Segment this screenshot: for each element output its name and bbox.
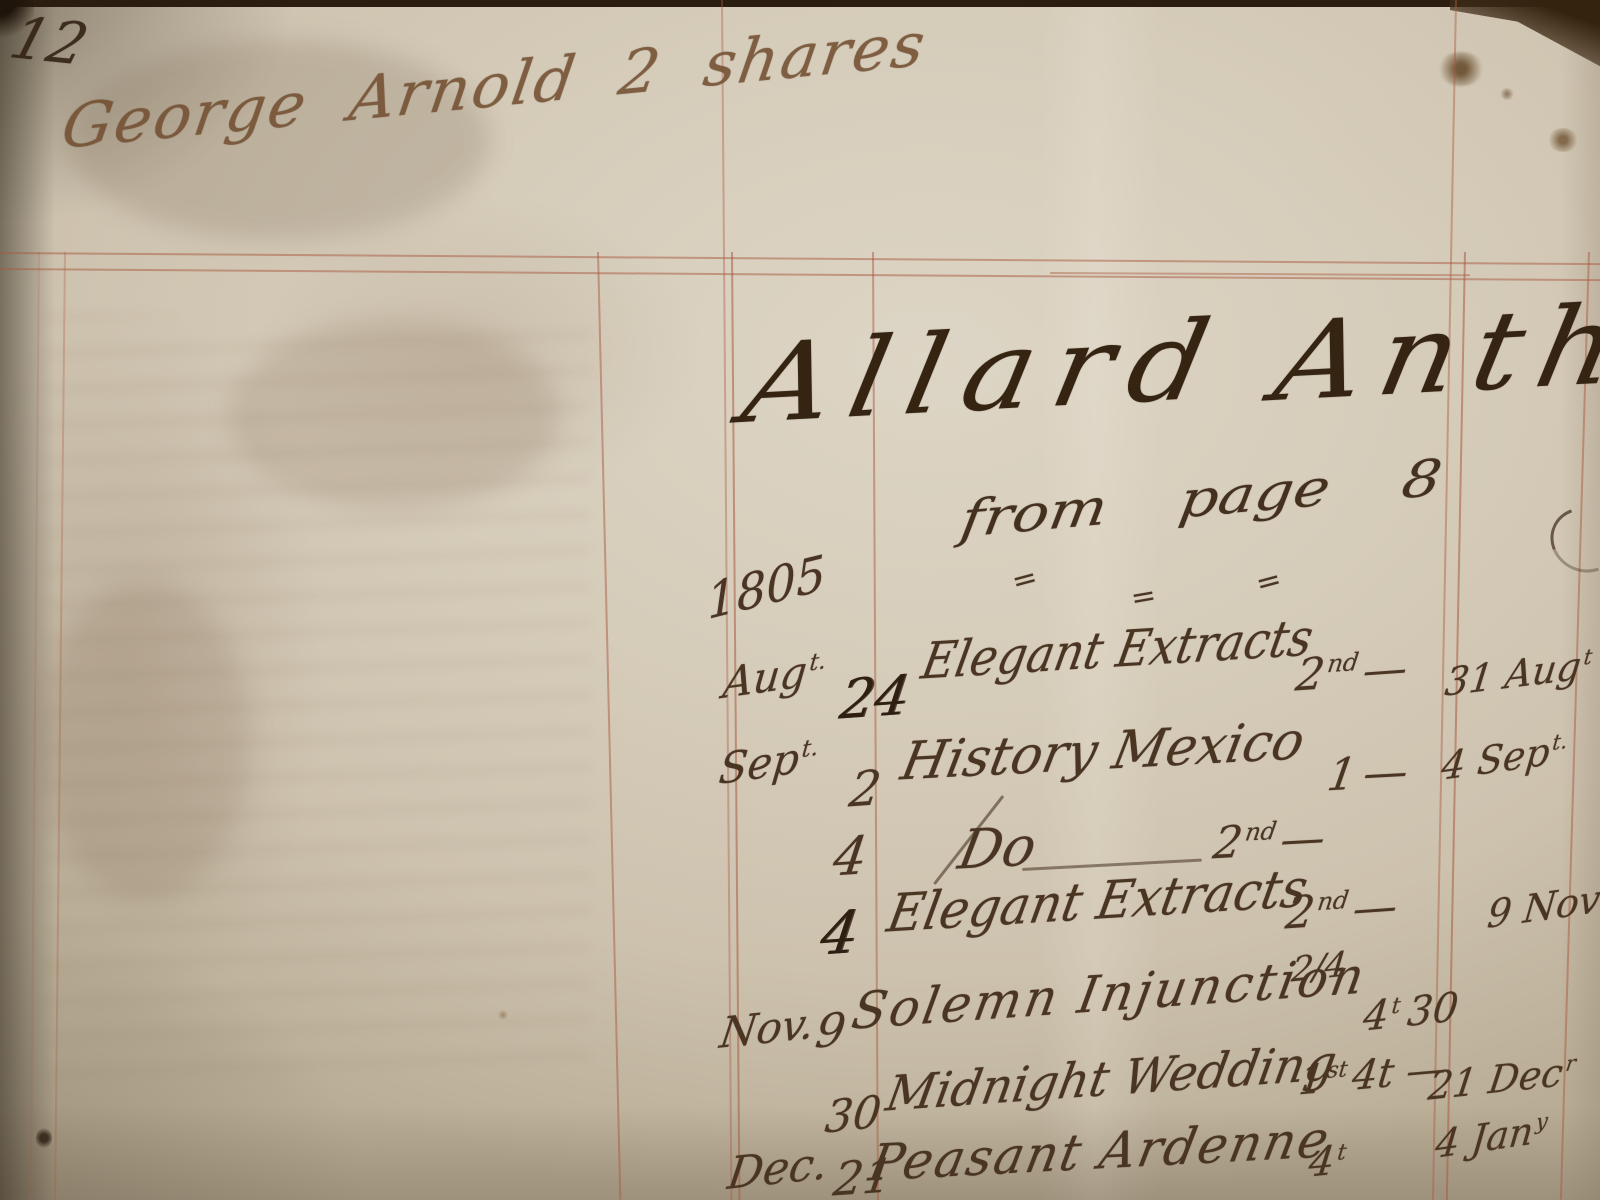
entry-returned: 31 Augt: [1442, 642, 1594, 705]
year-label: 1805: [706, 544, 827, 631]
entry-volume-sup: t: [1336, 1140, 1348, 1166]
entry-title: Elegant Extracts: [883, 858, 1313, 944]
entry-volume-num: 4: [1361, 991, 1391, 1040]
entry-volume-sup: st: [1326, 1057, 1349, 1084]
entry-volume: 2nd—: [1293, 642, 1411, 701]
entry-volume: 2nd—: [1283, 880, 1401, 939]
foxing-spot: [1438, 52, 1484, 86]
entry-month: Nov.: [717, 998, 818, 1058]
paper-smudge: [40, 580, 250, 900]
entry-day: 30: [823, 1086, 884, 1144]
entry-month-sup: t.: [800, 734, 819, 763]
entry-returned-text: 9 Nov: [1485, 876, 1600, 937]
entry-returned-sup: t.: [1551, 729, 1568, 756]
entry-day: 4: [829, 826, 871, 889]
entry-returned-sup: r: [1564, 1051, 1577, 1077]
entry-volume-num: 1: [1324, 749, 1360, 802]
entry-title: Elegant Extracts: [917, 608, 1318, 691]
entry-volume-tail: —: [1360, 746, 1412, 800]
entry-returned: 9 Novr: [1485, 874, 1600, 937]
entry-title: Do: [954, 814, 1042, 882]
entry-volume-num: 2: [1210, 817, 1246, 870]
entry-volume-num: 2: [1283, 886, 1318, 940]
entry-volume-tail: —: [1350, 880, 1401, 935]
entry-title: Peasant Ardenne: [865, 1110, 1336, 1193]
entry-volume: 1—: [1324, 746, 1412, 802]
entry-day: 24: [836, 663, 914, 732]
ruled-line-vertical: [30, 252, 40, 1200]
entry-volume-num: 2: [1293, 648, 1328, 702]
ruled-line-vertical: [597, 252, 621, 1200]
paper-smudge: [230, 320, 560, 510]
entry-volume-tail: —: [1360, 642, 1411, 697]
entry-volume-sup: nd: [1316, 886, 1351, 917]
ledger-page-photo: 12 George Arnold 2 shares Allard Antho f…: [0, 0, 1600, 1200]
entry-returned-text: 31 Aug: [1442, 643, 1583, 705]
entry-returned: 4 Jany: [1433, 1106, 1549, 1167]
owner-note: George Arnold 2 shares: [57, 9, 931, 163]
entry-volume: 4t: [1306, 1137, 1348, 1187]
entry-volume-sup: nd: [1326, 648, 1361, 679]
carryover-note: from page 8: [957, 448, 1446, 549]
entry-returned-sup: y: [1535, 1109, 1549, 1135]
entry-volume-sup: nd: [1243, 817, 1278, 847]
foxing-spot: [1500, 88, 1514, 100]
ditto-mark: =: [1128, 578, 1159, 617]
entry-day: 9: [812, 1002, 849, 1059]
photo-top-edge: [0, 0, 1600, 7]
account-heading-first: Allard: [733, 297, 1237, 449]
entry-title: Solemn Injunction: [848, 946, 1372, 1041]
ink-blot: [36, 1128, 52, 1148]
entry-returned: 4 Sept.: [1439, 726, 1569, 789]
entry-month-sup: t.: [808, 648, 827, 677]
entry-returned-sup: t: [1582, 644, 1593, 670]
entry-month: Augt.: [721, 644, 828, 709]
entry-volume: 4t30: [1361, 984, 1461, 1041]
entry-month: Dec.: [725, 1138, 832, 1200]
ditto-mark: =: [1252, 561, 1285, 601]
ditto-mark: =: [1008, 559, 1041, 599]
entry-day: 2: [846, 760, 884, 819]
entry-volume-tail: —: [1277, 812, 1329, 866]
ruled-line-horizontal: [0, 252, 1600, 265]
account-heading-second: Antho: [1265, 277, 1600, 427]
entry-volume-num: 1: [1296, 1056, 1327, 1105]
entry-volume-sup: t: [1390, 993, 1401, 1019]
pen-flourish: [1540, 497, 1600, 584]
entry-title: History Mexico: [896, 711, 1309, 793]
entry-month-text: Sep: [717, 733, 802, 794]
entry-volume-tail: 30: [1405, 984, 1461, 1036]
foxing-spot: [1548, 128, 1578, 152]
entry-volume-num: 4: [1306, 1138, 1337, 1187]
entry-title: Midnight Wedding: [882, 1035, 1341, 1123]
entry-day: 4: [816, 897, 862, 968]
ruled-line-vertical: [731, 252, 740, 1200]
paper-speck: [498, 1010, 508, 1020]
entry-month: Sept.: [717, 730, 820, 794]
